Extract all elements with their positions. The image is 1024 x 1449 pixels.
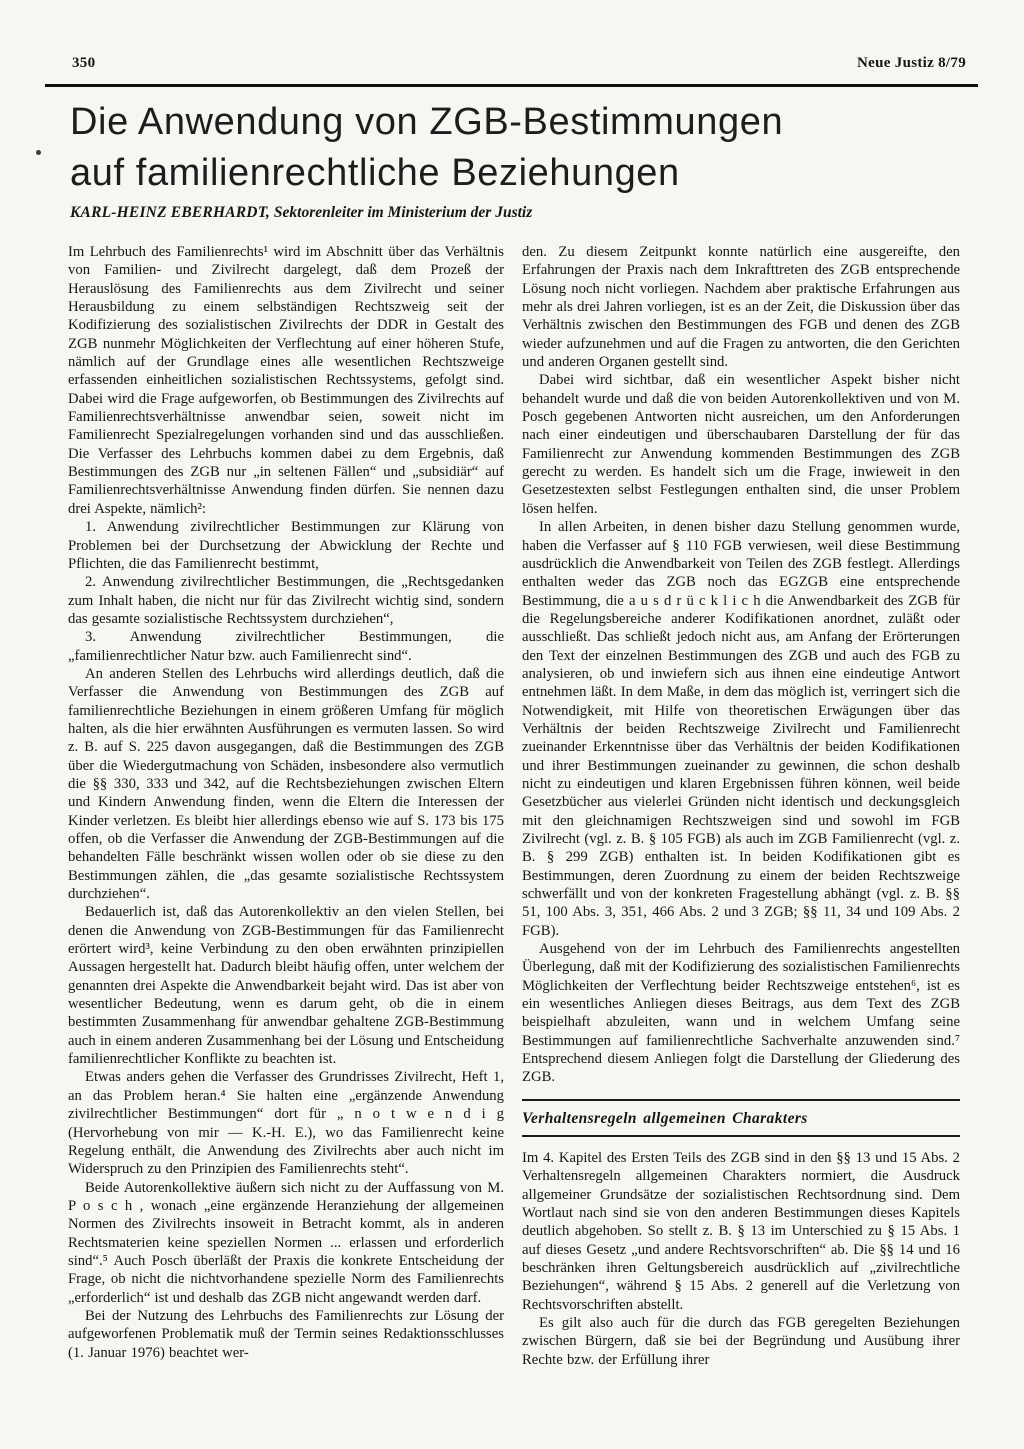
body-paragraph: Ausgehend von der im Lehrbuch des Famili… [522,940,960,1087]
body-paragraph: Bei der Nutzung des Lehrbuchs des Famili… [68,1307,504,1362]
body-paragraph: Beide Autorenkollektive äußern sich nich… [68,1179,504,1307]
body-paragraph: 1. Anwendung zivilrechtlicher Bestimmung… [68,518,504,573]
body-paragraph: 3. Anwendung zivilrechtlicher Bestimmung… [68,628,504,665]
journal-page: 350 Neue Justiz 8/79 Die Anwendung von Z… [0,0,1024,1449]
body-paragraph: In allen Arbeiten, in denen bisher dazu … [522,518,960,940]
body-paragraph: Im Lehrbuch des Familienrechts¹ wird im … [68,243,504,518]
body-paragraph: Im 4. Kapitel des Ersten Teils des ZGB s… [522,1149,960,1314]
body-paragraph: Es gilt also auch für die durch das FGB … [522,1314,960,1369]
text-column-left: Im Lehrbuch des Familienrechts¹ wird im … [68,243,504,1377]
header-rule [45,84,978,87]
body-paragraph: 2. Anwendung zivilrechtlicher Bestimmung… [68,573,504,628]
article-title-line2: auf familienrechtliche Beziehungen [70,148,970,199]
body-paragraph: An anderen Stellen des Lehrbuchs wird al… [68,665,504,903]
margin-mark [36,150,41,155]
article-title: Die Anwendung von ZGB-Bestimmungen auf f… [70,97,970,199]
body-paragraph: Dabei wird sichtbar, daß ein wesentliche… [522,371,960,518]
page-number: 350 [72,55,95,72]
text-column-right: den. Zu diesem Zeitpunkt konnte natürlic… [522,243,960,1377]
author-role: Sektorenleiter im Ministerium der Justiz [270,204,532,221]
section-rule-top [522,1099,960,1101]
author-line: KARL-HEINZ EBERHARDT, Sektorenleiter im … [70,204,960,222]
section-heading: Verhaltensregeln allgemeinen Charakters [522,1110,960,1128]
body-paragraph: Etwas anders gehen die Verfasser des Gru… [68,1068,504,1178]
section-rule-bottom [522,1135,960,1137]
article-title-line1: Die Anwendung von ZGB-Bestimmungen [70,97,970,148]
author-name: KARL-HEINZ EBERHARDT, [70,204,270,221]
body-paragraph: den. Zu diesem Zeitpunkt konnte natürlic… [522,243,960,371]
journal-name: Neue Justiz 8/79 [857,55,966,72]
body-paragraph: Bedauerlich ist, daß das Autorenkollekti… [68,903,504,1068]
